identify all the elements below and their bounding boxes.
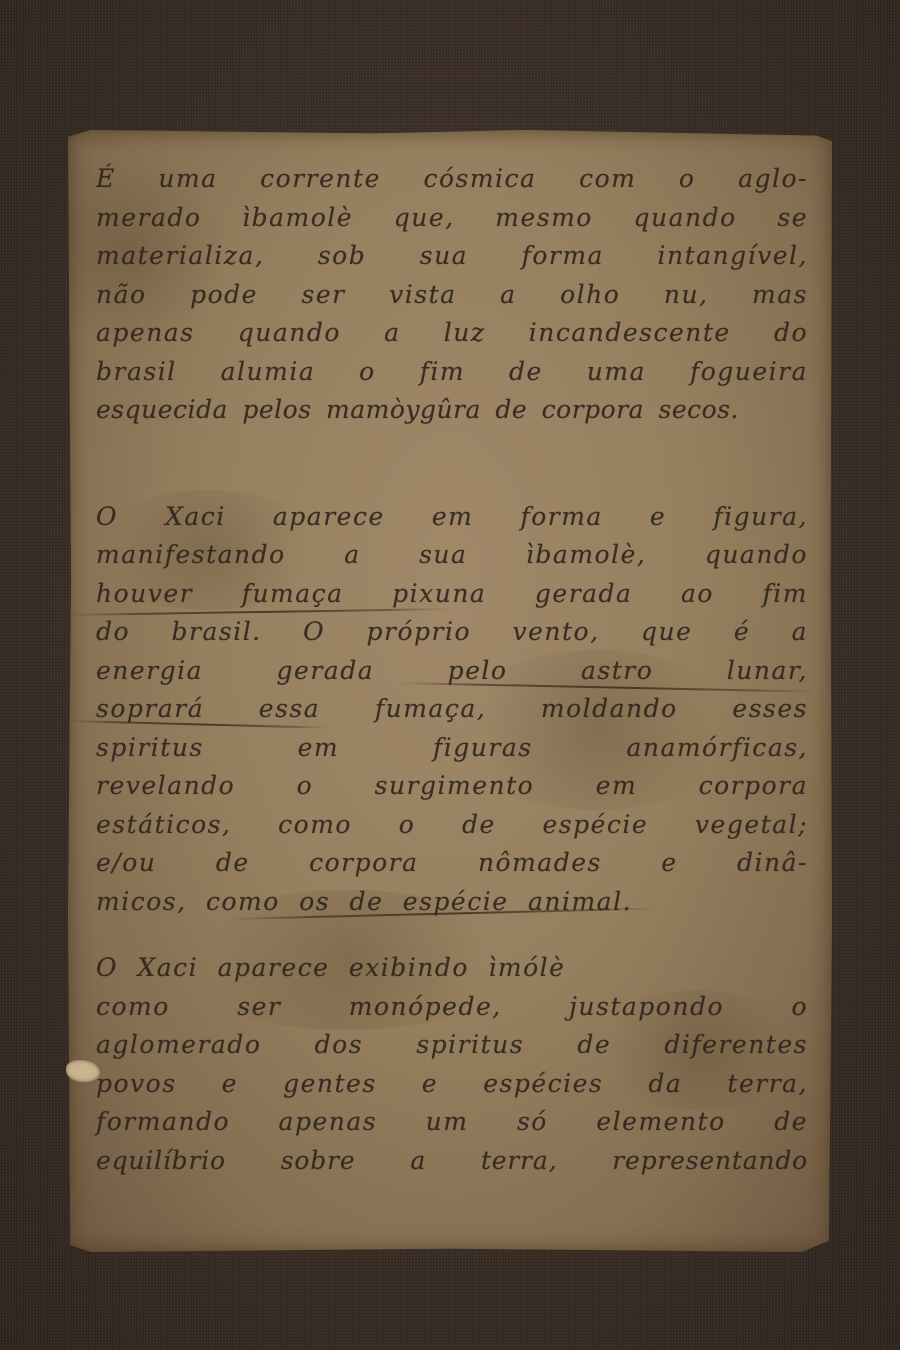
text-line: como ser monópede, justapondo o [96, 988, 808, 1027]
paragraph-3: O Xaci aparece exibindo ìmólè como ser m… [96, 949, 808, 1180]
text-line: povos e gentes e espécies da terra, [96, 1065, 808, 1104]
text-line: estáticos, como o de espécie vegetal; [96, 806, 808, 845]
text-line: aglomerado dos spiritus de diferentes [96, 1026, 808, 1065]
text-line: esquecida pelos mamòygûra de corpora sec… [96, 391, 808, 430]
paragraph-1: É uma corrente cósmica com o aglo- merad… [96, 160, 808, 430]
text-line: O Xaci aparece exibindo ìmólè [96, 949, 808, 988]
text-line: É uma corrente cósmica com o aglo- [96, 160, 808, 199]
manuscript-text: É uma corrente cósmica com o aglo- merad… [96, 160, 808, 1180]
text-line: spiritus em figuras anamórficas, [96, 729, 808, 768]
text-line: e/ou de corpora nômades e dinâ- [96, 844, 808, 883]
text-line: não pode ser vista a olho nu, mas [96, 276, 808, 315]
text-line: do brasil. O próprio vento, que é a [96, 613, 808, 652]
text-line: equilíbrio sobre a terra, representando [96, 1142, 808, 1181]
text-line: materializa, sob sua forma intangível, [96, 237, 808, 276]
text-line: brasil alumia o fim de uma fogueira [96, 353, 808, 392]
text-line: soprará essa fumaça, moldando esses [96, 690, 808, 729]
text-line: houver fumaça pixuna gerada ao fim [96, 575, 808, 614]
paper-tear-mark [66, 1060, 100, 1082]
text-line: O Xaci aparece em forma e figura, [96, 498, 808, 537]
text-line: revelando o surgimento em corpora [96, 767, 808, 806]
text-line: manifestando a sua ìbamolè, quando [96, 536, 808, 575]
text-line: merado ìbamolè que, mesmo quando se [96, 199, 808, 238]
paragraph-2: O Xaci aparece em forma e figura, manife… [96, 498, 808, 922]
text-line: micos, como os de espécie animal. [96, 883, 808, 922]
text-line: apenas quando a luz incandescente do [96, 314, 808, 353]
text-line: energia gerada pelo astro lunar, [96, 652, 808, 691]
text-line: formando apenas um só elemento de [96, 1103, 808, 1142]
